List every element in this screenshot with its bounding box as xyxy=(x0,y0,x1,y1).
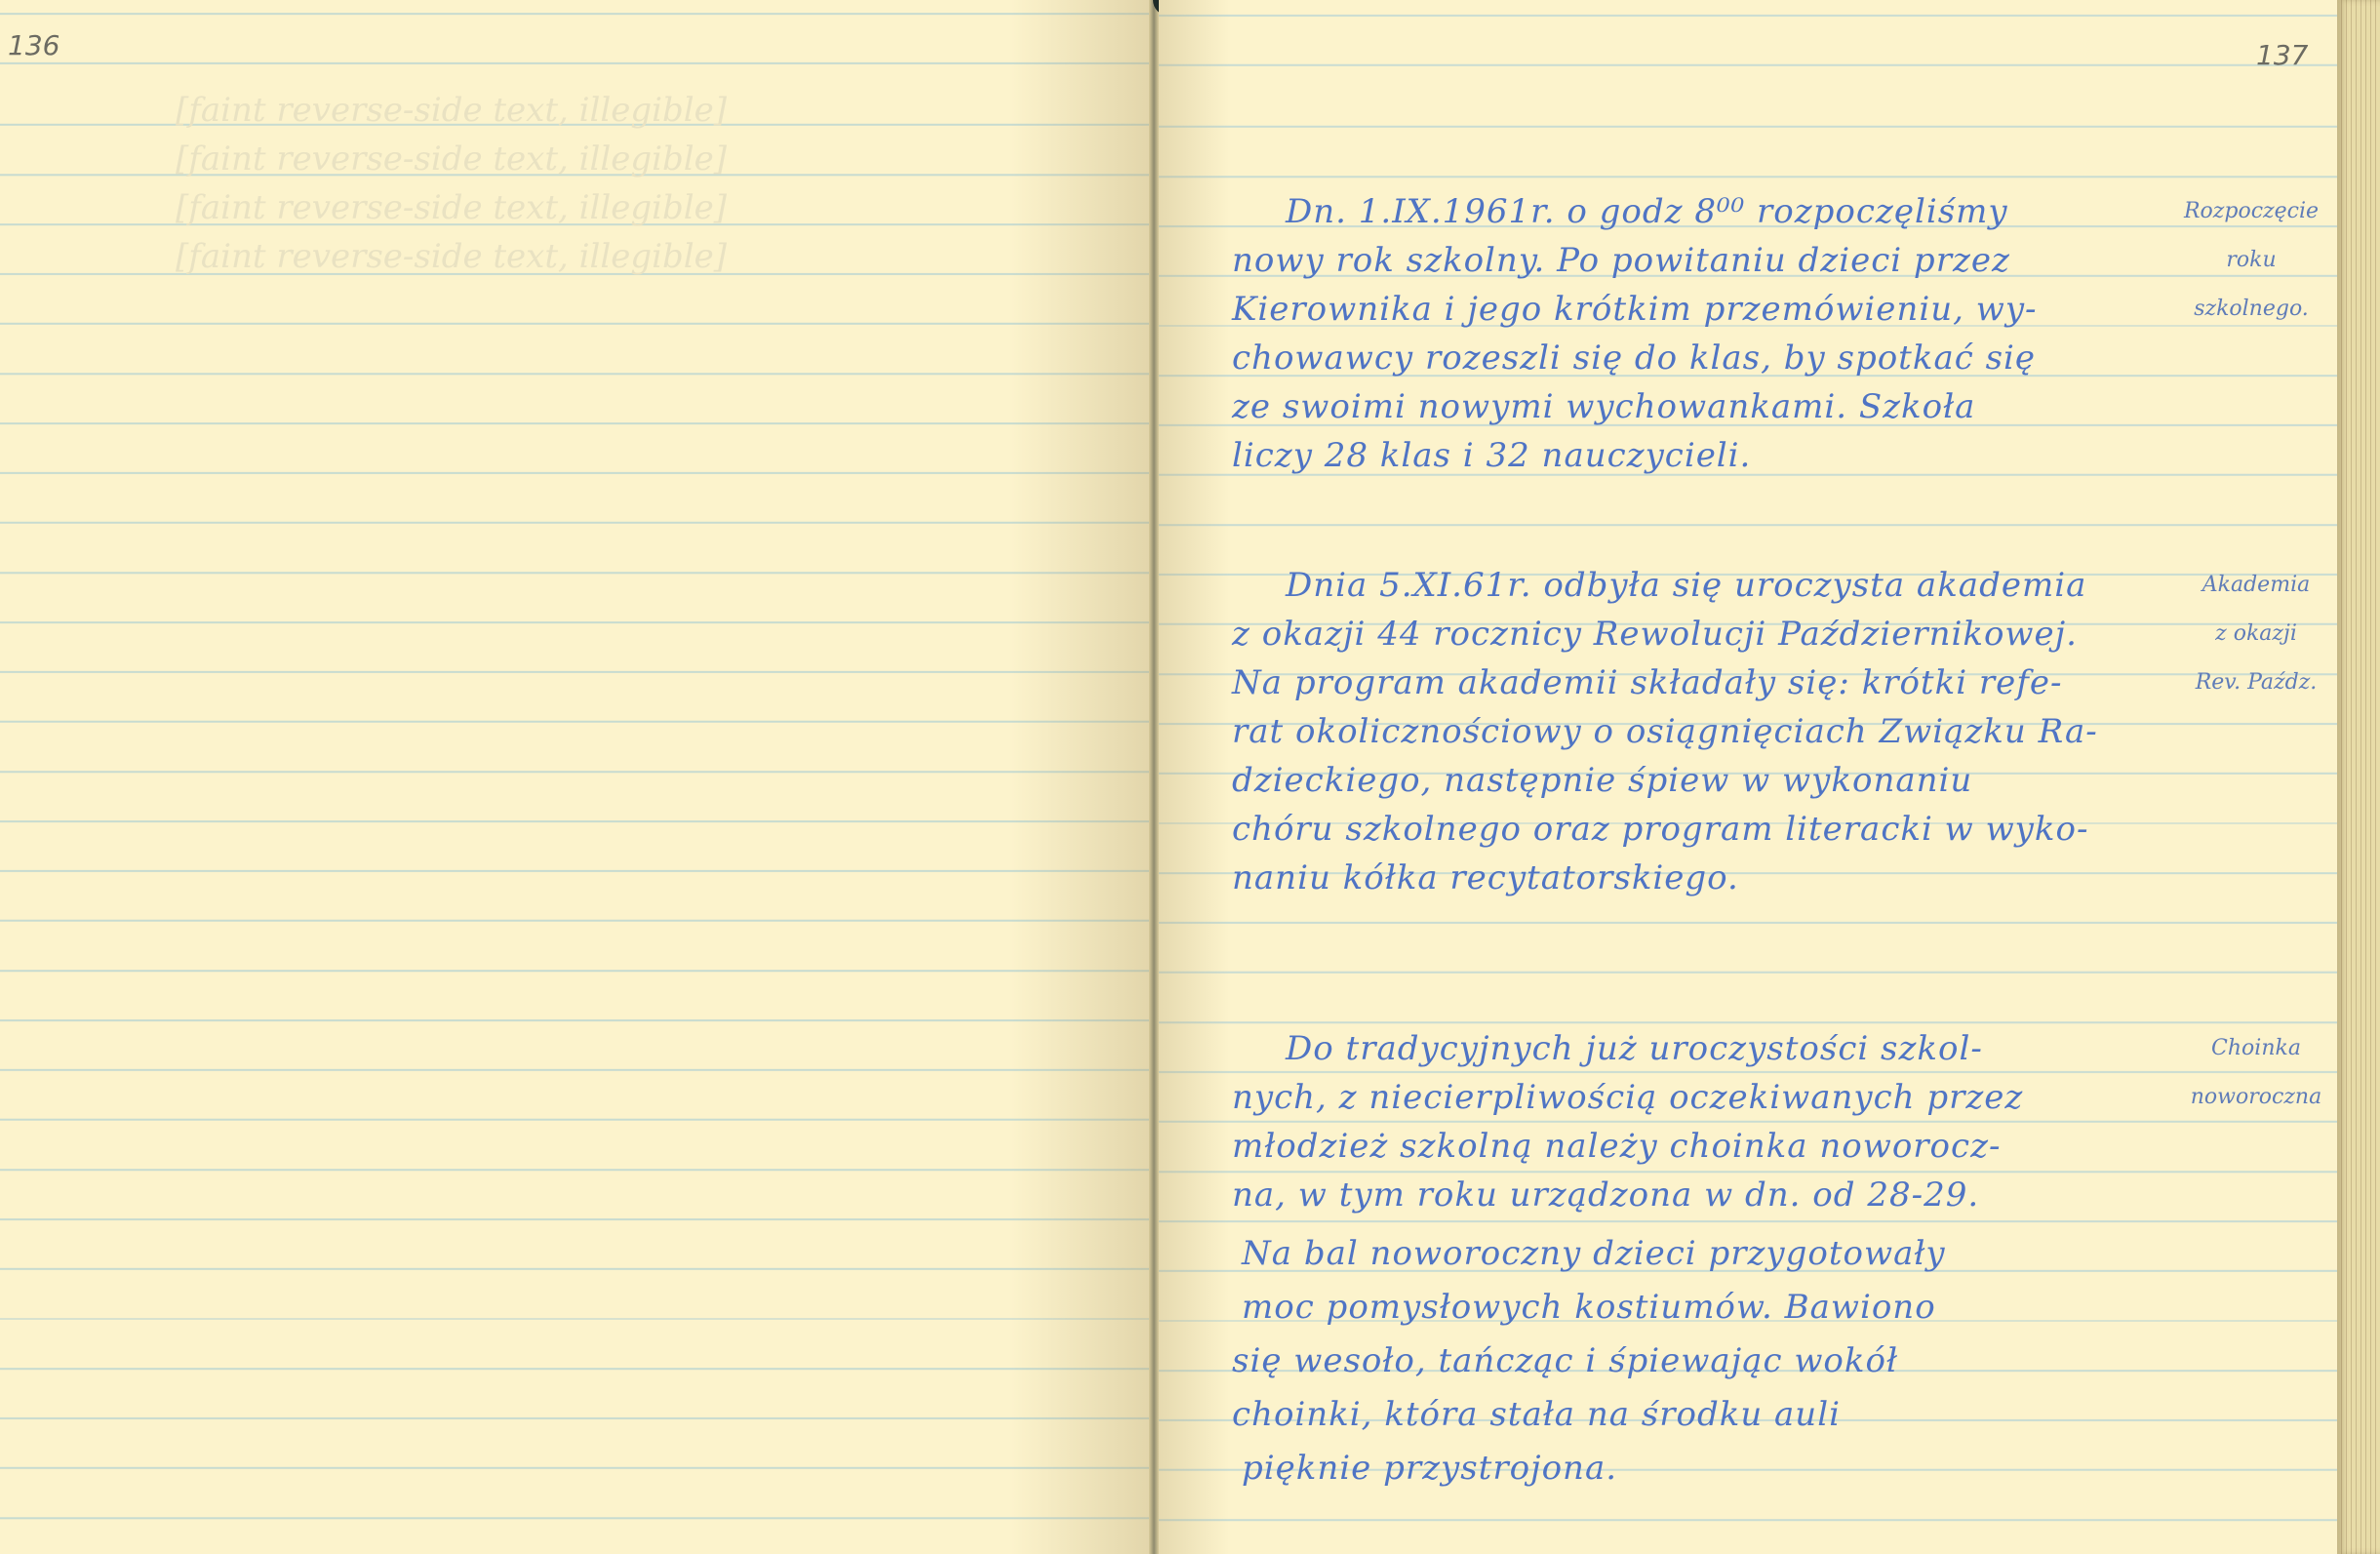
page-edges xyxy=(2337,0,2380,1554)
text-line: chowawcy rozeszli się do klas, by spotka… xyxy=(1232,334,2036,382)
text-line: Na program akademii składały się: krótki… xyxy=(1232,658,2062,707)
text-line: Kierownika i jego krótkim przemówieniu, … xyxy=(1232,285,2038,334)
text-line: nowy rok szkolny. Po powitaniu dzieci pr… xyxy=(1232,236,2010,285)
page-number-right: 137 xyxy=(2256,39,2308,71)
text-line: rat okolicznościowy o osiągnięciach Zwią… xyxy=(1232,707,2098,756)
text-line: naniu kółka recytatorskiego. xyxy=(1232,854,1739,902)
text-line: młodzież szkolną należy choinka noworocz… xyxy=(1232,1122,2001,1171)
bleed-through-line: [faint reverse-side text, illegible] xyxy=(176,86,727,135)
margin-note: Akademia z okazji Rev. Paźdz. xyxy=(2183,561,2329,707)
margin-note: Choinka noworoczna xyxy=(2183,1024,2329,1122)
bleed-through-line: [faint reverse-side text, illegible] xyxy=(176,135,727,183)
text-line: pięknie przystrojona. xyxy=(1242,1444,1617,1493)
spine-gutter xyxy=(1149,0,1159,1554)
notebook-spread: 136 [faint reverse-side text, illegible]… xyxy=(0,0,2380,1554)
text-line: chóru szkolnego oraz program literacki w… xyxy=(1232,805,2088,854)
text-line: liczy 28 klas i 32 nauczycieli. xyxy=(1232,431,1751,480)
text-line: choinki, która stała na środku auli xyxy=(1232,1390,1841,1439)
page-number-left: 136 xyxy=(8,29,59,61)
margin-note-line: szkolnego. xyxy=(2178,285,2324,334)
margin-note-line: noworoczna xyxy=(2183,1073,2329,1122)
text-line: Do tradycyjnych już uroczystości szkol- xyxy=(1286,1024,1983,1073)
text-line: na, w tym roku urządzona w dn. od 28-29. xyxy=(1232,1171,1979,1219)
bleed-through-line: [faint reverse-side text, illegible] xyxy=(176,183,727,232)
text-line: z okazji 44 rocznicy Rewolucji Październ… xyxy=(1232,610,2078,658)
left-page: 136 [faint reverse-side text, illegible]… xyxy=(0,0,1149,1554)
text-line: Dnia 5.XI.61r. odbyła się uroczysta akad… xyxy=(1286,561,2086,610)
right-page: 137 Dn. 1.IX.1961r. o godz 8⁰⁰ rozpoczęl… xyxy=(1159,0,2337,1554)
text-line: Dn. 1.IX.1961r. o godz 8⁰⁰ rozpoczęliśmy xyxy=(1286,187,2008,236)
margin-note-line: Rozpoczęcie xyxy=(2178,187,2324,236)
text-line: nych, z niecierpliwością oczekiwanych pr… xyxy=(1232,1073,2023,1122)
text-line: dzieckiego, następnie śpiew w wykonaniu xyxy=(1232,756,1972,805)
text-line: moc pomysłowych kostiumów. Bawiono xyxy=(1242,1283,1936,1332)
text-line: Na bal noworoczny dzieci przygotowały xyxy=(1242,1229,1946,1278)
margin-note-line: z okazji xyxy=(2183,610,2329,658)
bleed-through-line: [faint reverse-side text, illegible] xyxy=(176,232,727,281)
text-line: się wesoło, tańcząc i śpiewając wokół xyxy=(1232,1336,1898,1385)
margin-note-line: Rev. Paźdz. xyxy=(2183,658,2329,707)
margin-note-line: Choinka xyxy=(2183,1024,2329,1073)
margin-note-line: Akademia xyxy=(2183,561,2329,610)
margin-note: Rozpoczęcie roku szkolnego. xyxy=(2178,187,2324,334)
text-line: ze swoimi nowymi wychowankami. Szkoła xyxy=(1232,382,1975,431)
margin-note-line: roku xyxy=(2178,236,2324,285)
